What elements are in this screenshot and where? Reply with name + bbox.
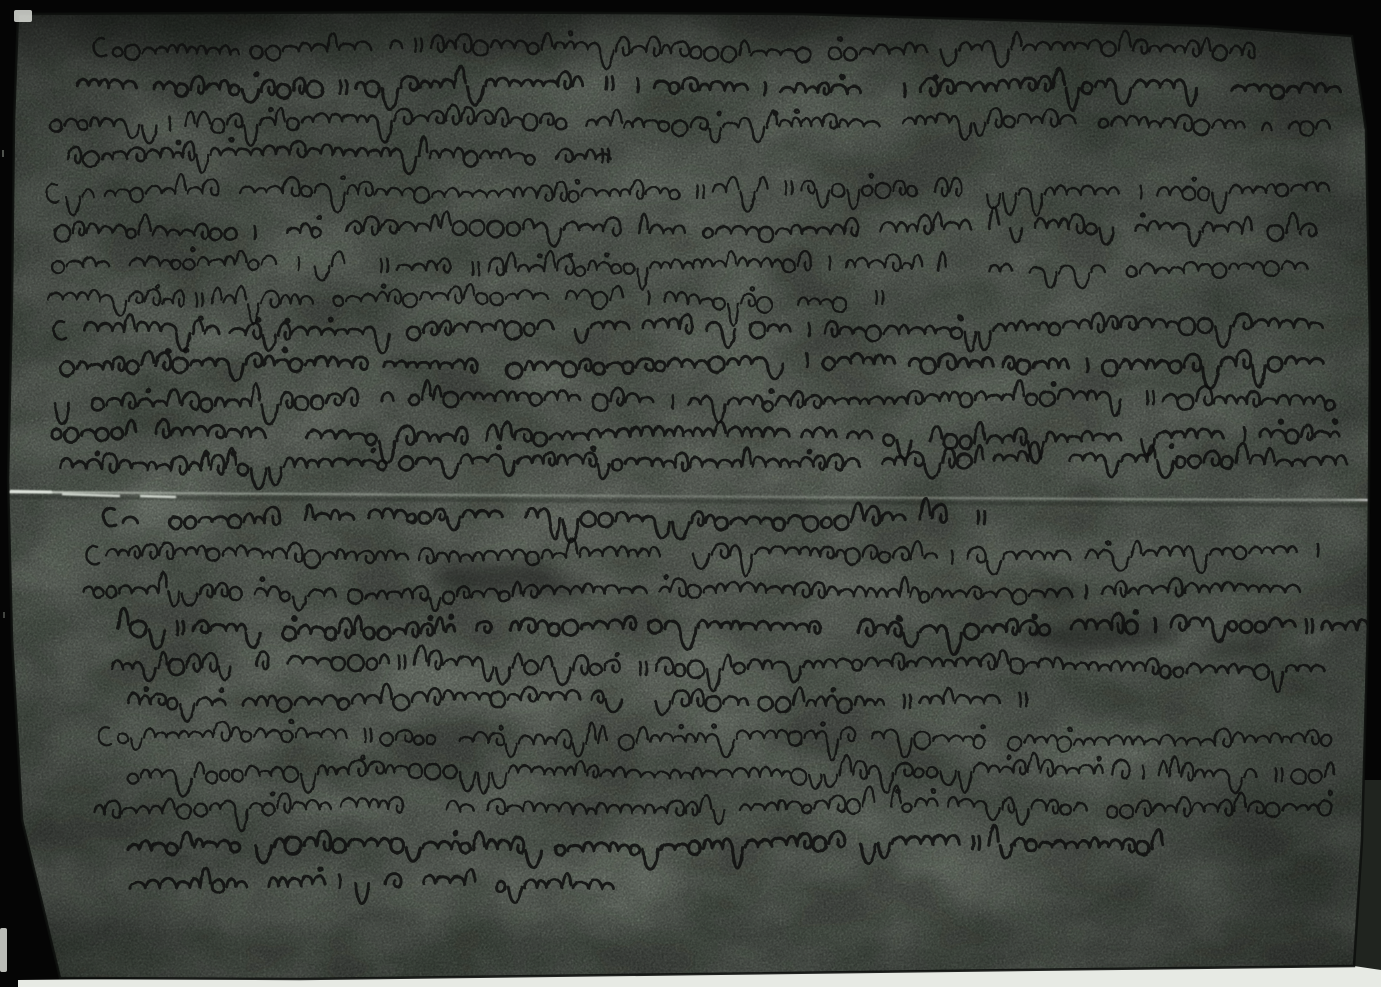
edge-white-speck [14, 10, 32, 22]
border-dust-speck [3, 612, 5, 618]
ink-stain [1036, 584, 1084, 608]
manuscript-page-photo [0, 0, 1381, 987]
manuscript-photo-frame [0, 0, 1381, 987]
ink-stain [1198, 637, 1266, 659]
edge-white-speck [0, 928, 7, 972]
border-dust-speck [2, 150, 4, 157]
manuscript-page [0, 0, 1381, 987]
